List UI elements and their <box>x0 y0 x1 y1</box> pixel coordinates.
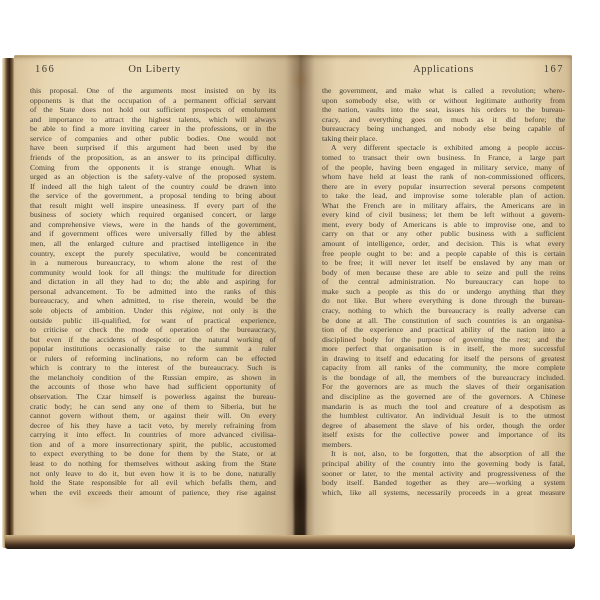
text-line: and importance to attract the highest ta… <box>30 115 276 125</box>
text-line: friends of the proposition, as an answer… <box>30 153 276 163</box>
text-line: when the evil exceeds their amount of pa… <box>30 488 276 498</box>
right-running-head: Applications <box>322 64 565 75</box>
text-line: tion of the experience and practical abi… <box>322 325 565 335</box>
text-line: cracy, nothing to which the bureaucracy … <box>322 306 565 316</box>
text-line: there are in every popular insurrection … <box>322 182 565 192</box>
text-line: decree of his they have a tacit veto, by… <box>30 421 276 431</box>
photo-background: 166 On Liberty this proposal. One of the… <box>0 0 600 600</box>
text-line: mandarin is as much the tool and creatur… <box>322 402 565 412</box>
text-line: the melancholy condition of the Russian … <box>30 373 276 383</box>
text-line: do not like. But where everything is don… <box>322 296 565 306</box>
text-line: carry on that or any other public busine… <box>322 229 565 239</box>
text-line: to expect everything to be done for them… <box>30 449 276 459</box>
text-line: business of society which required organ… <box>30 210 276 220</box>
text-line: cracy, and everything goes on much as it… <box>322 115 565 125</box>
text-line: of the central administration. No bureau… <box>322 277 565 287</box>
text-line: to criticise or check the mode of operat… <box>30 325 276 335</box>
text-line: sole objects of ambition. Under this rég… <box>30 306 276 316</box>
text-line: of the State does not hold out sufficien… <box>30 105 276 115</box>
text-line: and discipline as the governed are of th… <box>322 392 565 402</box>
text-line: Coming from the opponents it is strange … <box>30 163 276 173</box>
text-line: is the bondage of all, the members of th… <box>322 373 565 383</box>
text-line: the government, and make what is called … <box>322 86 565 96</box>
text-line: bureaucracy being unchanged, and nobody … <box>322 124 565 134</box>
text-line: make such a people as this do or undergo… <box>322 287 565 297</box>
text-line: the accounts of those who have had suffi… <box>30 382 276 392</box>
text-line: country, except the purely speculative, … <box>30 249 276 259</box>
text-line: body itself. Banded together as they are… <box>322 478 565 488</box>
text-line: What the French are in military affairs,… <box>322 201 565 211</box>
text-line: be able to find a more inviting career i… <box>30 124 276 134</box>
left-running-head: On Liberty <box>32 64 277 75</box>
text-line: service of companies and other public bo… <box>30 134 276 144</box>
text-line: carrying it into effect. In countries of… <box>30 430 276 440</box>
gutter-stain <box>290 445 310 540</box>
text-line: to be free; it will never let itself be … <box>322 258 565 268</box>
text-line: and dictation in all they had to do; the… <box>30 277 276 287</box>
text-line: taking their place. <box>322 134 565 144</box>
text-line: upon somebody else, with or without legi… <box>322 96 565 106</box>
text-line: opponents is that the occupation of a pe… <box>30 96 276 106</box>
text-line: tion and of a more insurrectionary spiri… <box>30 440 276 450</box>
text-line: least to do nothing for themselves witho… <box>30 459 276 469</box>
text-line: of the people, having been engaged in mi… <box>322 163 565 173</box>
text-line: bureaucracy, and when admitted, to rise … <box>30 296 276 306</box>
text-line: body of men because these are able to se… <box>322 268 565 278</box>
text-line: If indeed all the high talent of the cou… <box>30 182 276 192</box>
open-book: 166 On Liberty this proposal. One of the… <box>2 55 575 549</box>
left-page-text: this proposal. One of the arguments most… <box>30 86 276 497</box>
text-line: community would look for all things: the… <box>30 268 276 278</box>
paper-stain-top <box>292 67 310 93</box>
text-line: popular institutions occasionally raise … <box>30 344 276 354</box>
text-line: that result might well inspire uneasines… <box>30 201 276 211</box>
text-line: observation. The Czar himself is powerle… <box>30 392 276 402</box>
page-block-bottom-edge <box>5 535 575 549</box>
text-line: For the governors are as much the slaves… <box>322 382 565 392</box>
text-line: more perfect that organisation is in its… <box>322 344 565 354</box>
text-line: every kind of civil business; let them b… <box>322 210 565 220</box>
text-line: but even if the accidents of despotic or… <box>30 335 276 345</box>
text-line: ment, every body of Americans is able to… <box>322 220 565 230</box>
text-line: amount of intelligence, order, and decis… <box>322 239 565 249</box>
text-line: hold the State responsible for all evil … <box>30 478 276 488</box>
text-line: sooner or later, to the mental activity … <box>322 469 565 479</box>
text-line: the humblest cultivator. An individual J… <box>322 411 565 421</box>
text-line: the service of the government, a proposa… <box>30 191 276 201</box>
text-line: outside public ill-qualified, for want o… <box>30 316 276 326</box>
right-page-header: Applications 167 <box>322 64 565 78</box>
text-line: which is contrary to the interest of the… <box>30 363 276 373</box>
left-page-header: 166 On Liberty <box>32 64 277 78</box>
text-line: free people ought to be: and a people ca… <box>322 249 565 259</box>
text-line: A very different spectacle is exhibited … <box>322 143 565 153</box>
text-line: disciplined body for the purpose of gove… <box>322 335 565 345</box>
text-line: and if government offices were universal… <box>30 229 276 239</box>
text-line: men, all the enlarged culture and practi… <box>30 239 276 249</box>
text-line: to take the lead, and improvise some tol… <box>322 191 565 201</box>
text-line: and comprehensive views, were in the han… <box>30 220 276 230</box>
text-line: in a numerous bureaucracy, to whom alone… <box>30 258 276 268</box>
text-line: whom have held at least the rank of non-… <box>322 172 565 182</box>
left-page-number: 166 <box>35 64 55 75</box>
text-line: principal ability of the country into th… <box>322 459 565 469</box>
text-line: members. <box>322 440 565 450</box>
text-line: urged as an objection is the safety-valv… <box>30 172 276 182</box>
text-line: in drawing to itself and educating for i… <box>322 354 565 364</box>
page-block-left-edge <box>2 58 15 548</box>
right-page-text: the government, and make what is called … <box>322 86 565 497</box>
text-line: degree of abasement the slave of his ord… <box>322 421 565 431</box>
text-line: capacity from all ranks of the community… <box>322 363 565 373</box>
text-line: which, like all systems, necessarily pro… <box>322 488 565 498</box>
text-line: personal advancement. To be admitted int… <box>30 287 276 297</box>
text-line: tomed to transact their own business. In… <box>322 153 565 163</box>
text-line: cratic body; he can send any one of them… <box>30 402 276 412</box>
text-line: cannot govern without them, or against t… <box>30 411 276 421</box>
text-line: this proposal. One of the arguments most… <box>30 86 276 96</box>
text-line: or rulers of reforming inclinations, no … <box>30 354 276 364</box>
text-line: itself exists for the collective power a… <box>322 430 565 440</box>
text-line: have been surprised if this argument had… <box>30 143 276 153</box>
text-line: It is not, also, to be forgotten, that t… <box>322 449 565 459</box>
text-line: not only leave to do it, but even how it… <box>30 469 276 479</box>
text-line: be done at all. The constitution of such… <box>322 316 565 326</box>
right-page-number: 167 <box>544 64 564 75</box>
text-line: the nation, vaults into the seat, issues… <box>322 105 565 115</box>
